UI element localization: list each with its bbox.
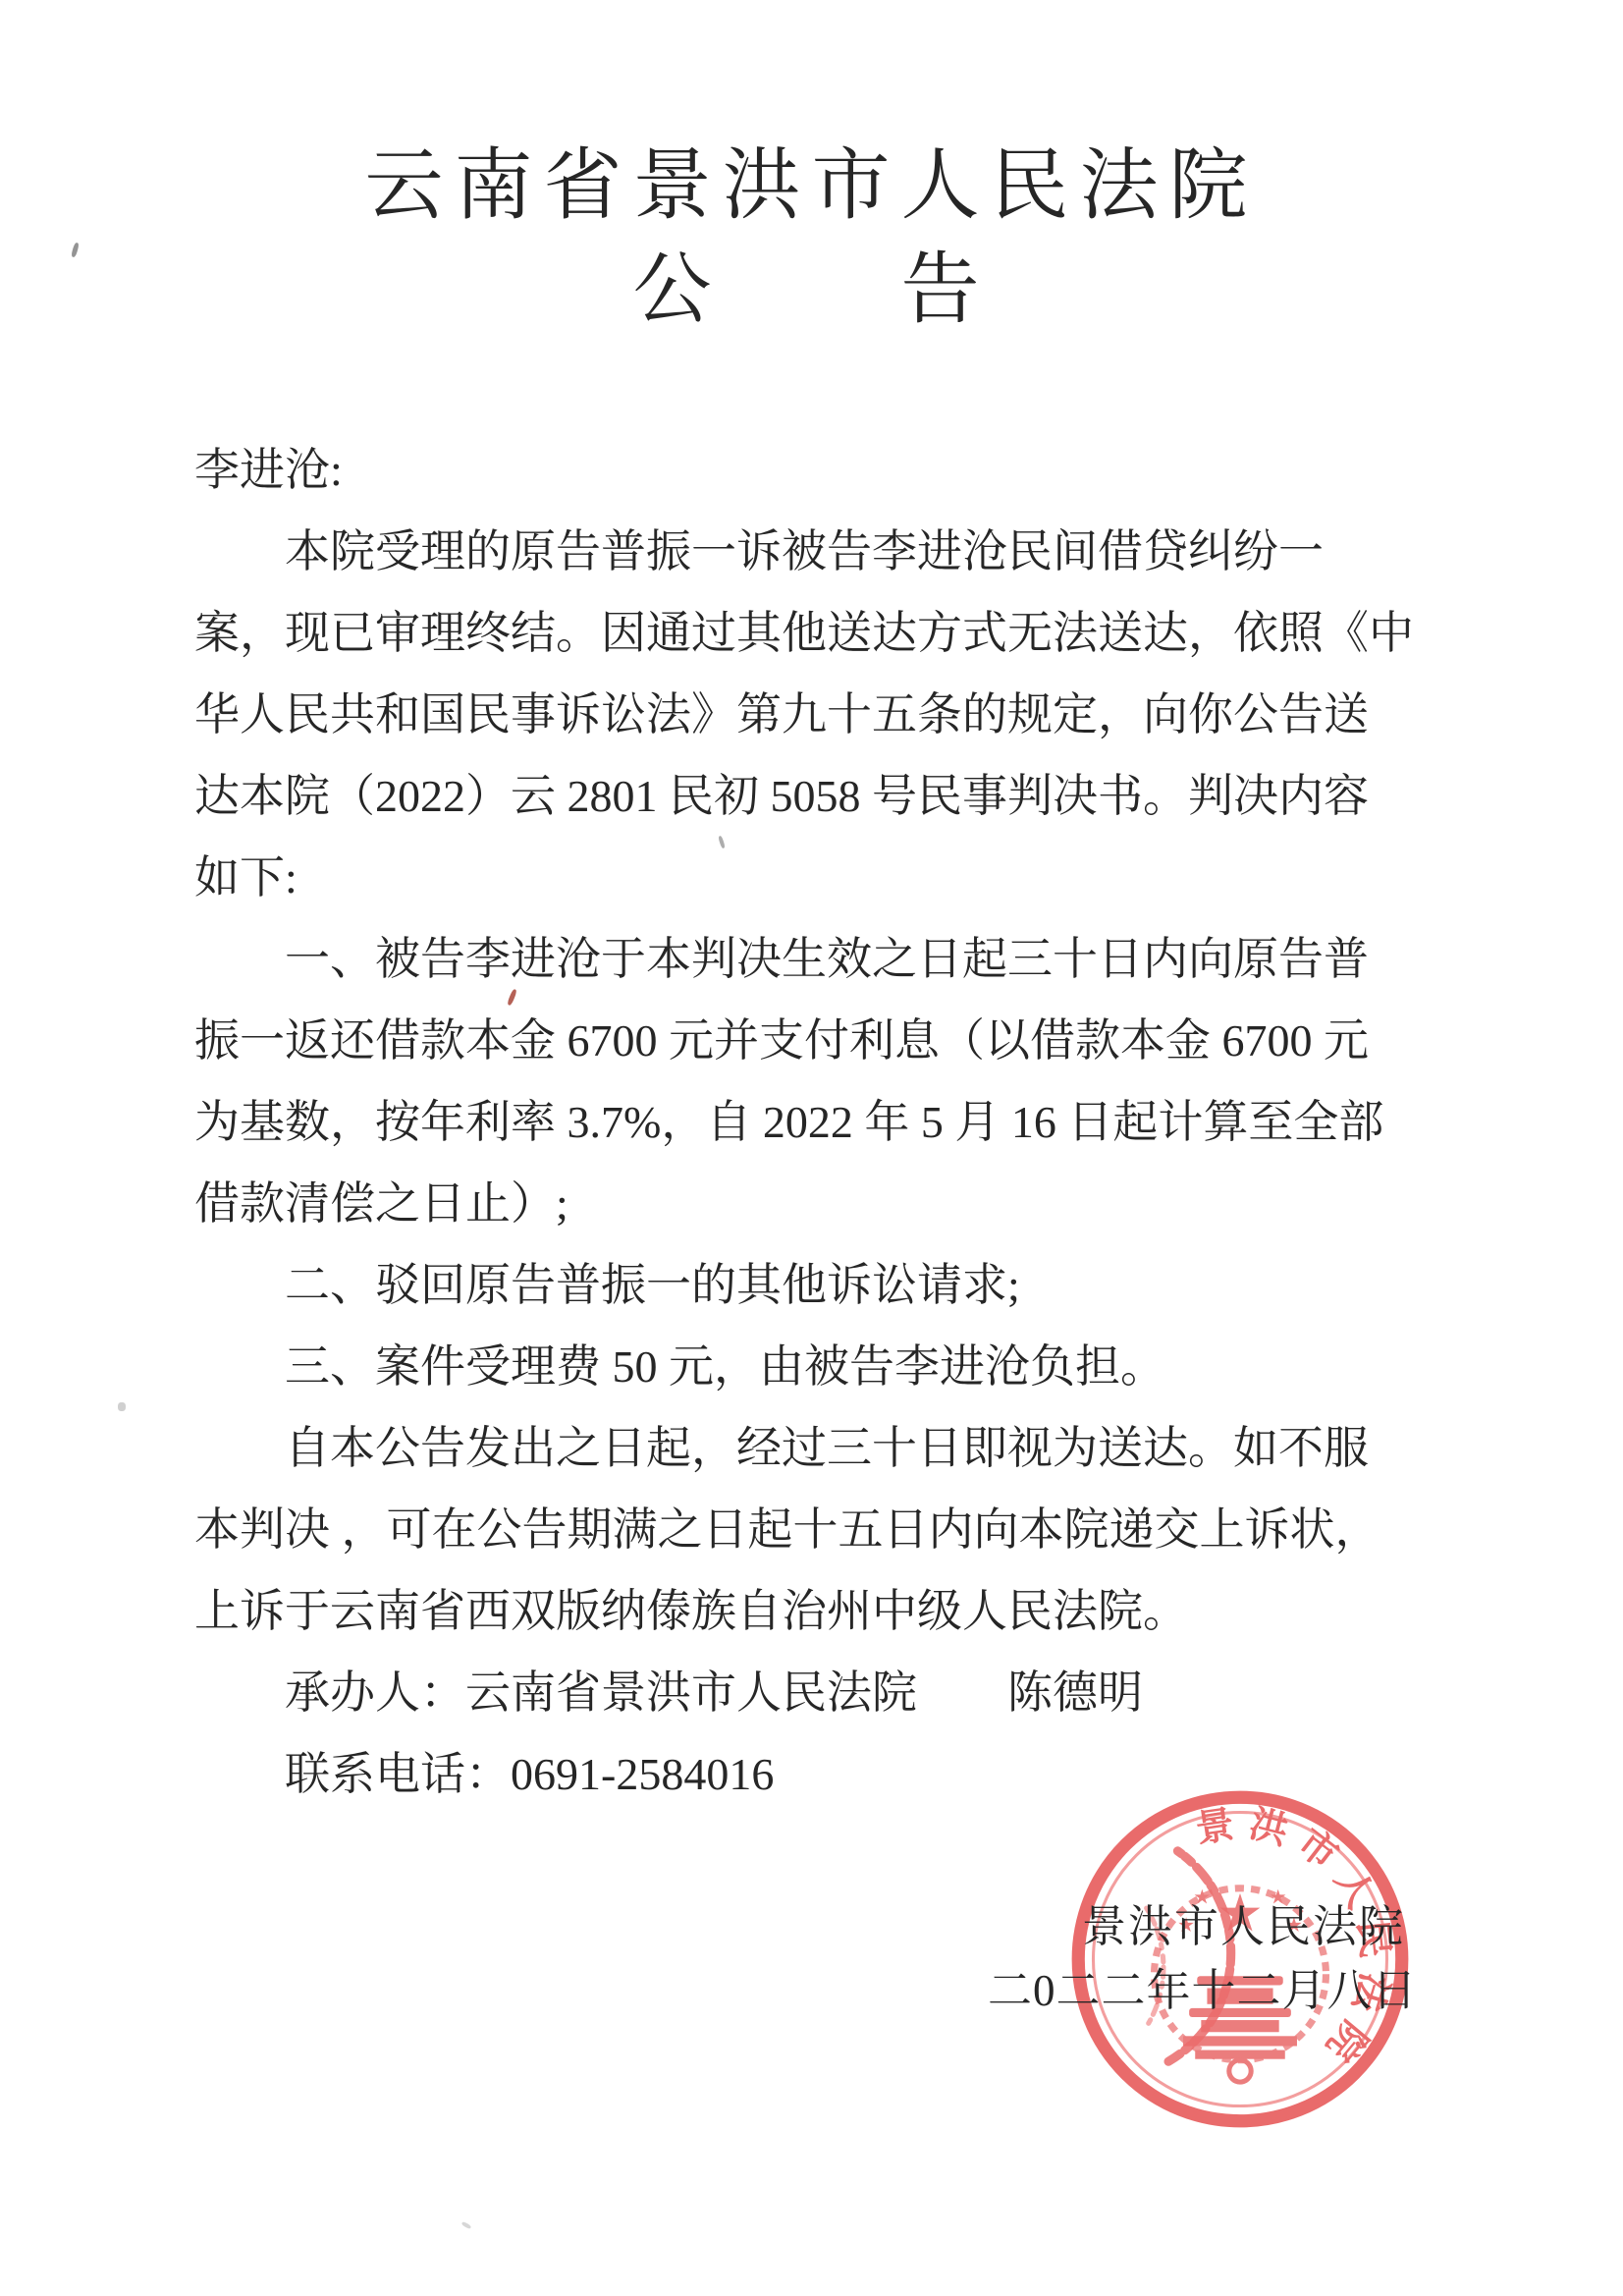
page-subtitle: 公 告: [0, 240, 1623, 344]
paragraph-appeal-notice: 自本公告发出之日起，经过三十日即视为送达。如不服 本判决 ，可在公告期满之日起十…: [194, 1407, 1434, 1652]
signature-date: 二0二二年十二月八日: [988, 1954, 1418, 2018]
notice-body: 李进沧: 本院受理的原告普振一诉被告李进沧民间借贷纠纷一 案，现已审理终结。因通…: [194, 429, 1434, 1815]
salutation: 李进沧:: [194, 429, 1434, 511]
paragraph-judgment-item-3: 三、案件受理费 50 元，由被告李进沧负担。: [194, 1326, 1434, 1407]
signature-court-name: 景洪市人民法院: [1082, 1890, 1405, 1954]
title-block: 云南省景洪市人民法院 公 告: [0, 136, 1623, 343]
paragraph-judgment-item-2: 二、驳回原告普振一的其他诉讼请求;: [194, 1244, 1434, 1326]
scanned-court-notice-page: 云南省景洪市人民法院 公 告 李进沧: 本院受理的原告普振一诉被告李进沧民间借贷…: [0, 0, 1623, 2296]
scan-artifact: [118, 1402, 126, 1411]
paragraph-judgment-item-1: 一、被告李进沧于本判决生效之日起三十日内向原告普 振一返还借款本金 6700 元…: [194, 918, 1434, 1244]
paragraph-case-summary: 本院受理的原告普振一诉被告李进沧民间借贷纠纷一 案，现已审理终结。因通过其他送达…: [194, 511, 1434, 918]
paragraph-handler: 承办人：云南省景洪市人民法院 陈德明: [194, 1652, 1434, 1733]
scan-artifact: [461, 2221, 472, 2229]
page-title: 云南省景洪市人民法院: [0, 136, 1623, 240]
